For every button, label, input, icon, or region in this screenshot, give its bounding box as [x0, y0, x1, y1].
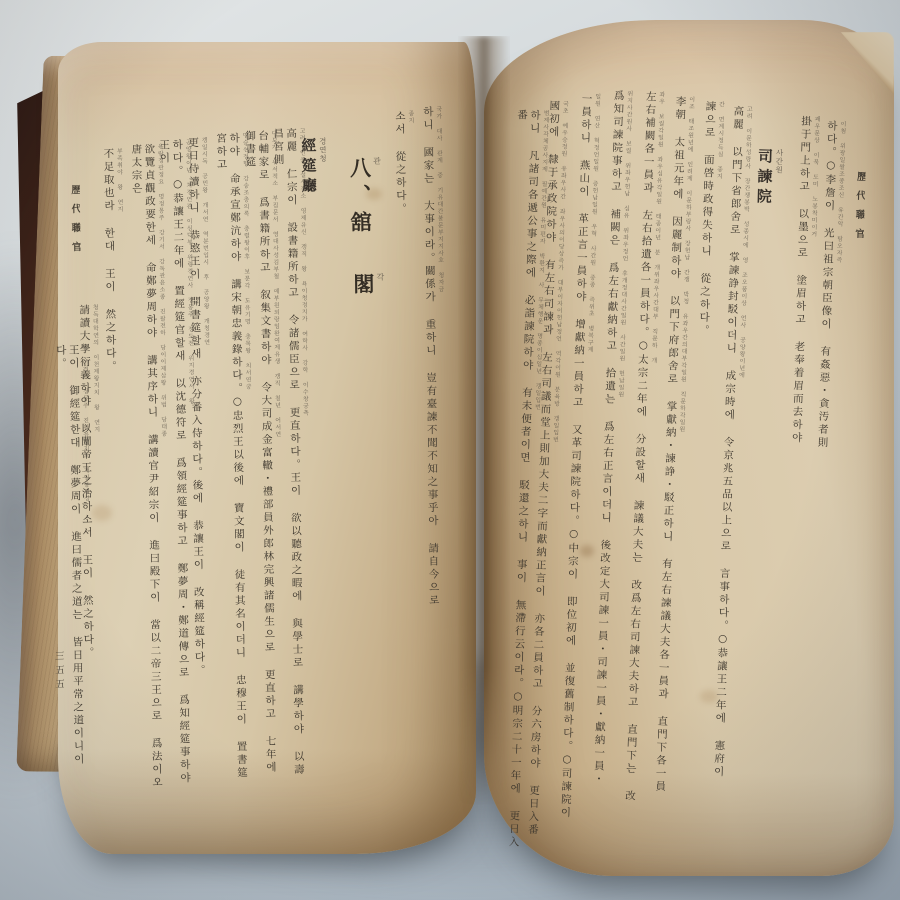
- heading-gloss: 관: [372, 157, 383, 287]
- column-main: 王이 御經筵한대 鄭夢周이 進曰儒者之道는 皆日用平常之道이니이다。: [54, 344, 85, 784]
- margin-title-text: 歷代職官: [850, 171, 866, 291]
- margin-title-left: 歷代職官: [68, 184, 81, 304]
- page-number-text: 三五五: [51, 651, 64, 711]
- column-gloss: 종지: [407, 110, 416, 310]
- left-column-7: 부족취야 왕 연지 不足取也라 한대 王이 然之하다。: [101, 148, 130, 788]
- left-page-text: 국가 대사 관계 중 기유대간불문부지지사호 청자금 하니 國家는 大事이라。關…: [58, 39, 486, 856]
- page-number: 三五五: [51, 651, 64, 711]
- heading-gloss: 각: [376, 273, 386, 333]
- section-heading-gwan-gak-2: 각 閣: [351, 273, 386, 333]
- left-column-9: 왕 어경연 정몽주 진왈유자지도 개일용평상 王이 御經筵한대 鄭夢周이 進曰儒…: [54, 344, 93, 784]
- left-continuation-column: 종지 소서 從之하다。: [393, 110, 416, 310]
- heading-text: 閣: [351, 273, 376, 333]
- right-page-text: 歷代職官 이첨 위광일왈조종조신 유간악 탐오자즉 하다。○李詹이 光曰祖宗朝臣…: [459, 14, 894, 882]
- column-main: 소서 從之하다。: [393, 110, 408, 310]
- heading-text: 八、舘: [347, 157, 373, 287]
- section-heading-gwan-gak: 관 八、舘: [347, 157, 383, 287]
- section-heading-saganwon: 사간원 司諫院: [752, 148, 784, 289]
- margin-title-right: 歷代職官: [850, 171, 866, 291]
- margin-title-text: 歷代職官: [68, 184, 81, 304]
- left-continuation-column: 국가 대사 관계 중 기유대간불문부지지사호 청자금 하니 國家는 大事이라。關…: [421, 106, 450, 726]
- gutter-shadow: [458, 36, 510, 806]
- subheading-gloss: 경연청: [318, 137, 328, 257]
